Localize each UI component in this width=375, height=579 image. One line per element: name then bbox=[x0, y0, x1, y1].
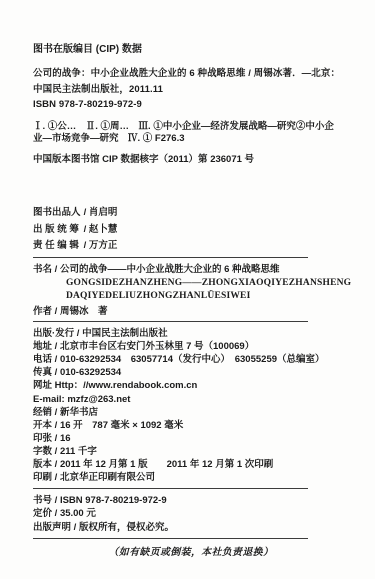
publishing-row-publisher: 出版·发行 / 中国民主法制出版社 bbox=[33, 327, 349, 340]
publishing-row-fax: 传真 / 010-63292534 bbox=[33, 366, 349, 379]
field-label: 地址 bbox=[33, 341, 52, 352]
field-label: 出版声明 bbox=[33, 522, 71, 533]
staff-credits: 图书出品人 / 肖启明 出 版 统 筹 / 赵卜慧 责 任 编 辑 / 万方正 bbox=[33, 205, 349, 255]
label-separator: / bbox=[52, 472, 60, 483]
divider-rule bbox=[33, 257, 308, 258]
field-label: E-mail: bbox=[33, 394, 65, 405]
cip-description: 公司的战争：中小企业战胜大企业的 6 种战略思维 / 周锡冰著．—北京： 中国民… bbox=[33, 66, 349, 113]
field-label: 开本 bbox=[33, 420, 52, 431]
label-separator: / bbox=[52, 508, 60, 519]
field-value: 中国民主法制出版社 bbox=[82, 328, 168, 339]
staff-label: 出 版 统 筹 bbox=[33, 222, 81, 239]
staff-value: 赵卜慧 bbox=[89, 224, 118, 235]
title-label: 书名 bbox=[33, 263, 52, 277]
title-column: 公司的战争——中小企业战胜大企业的 6 种战略思维 GONGSIDEZHANZH… bbox=[60, 263, 351, 303]
book-title-pinyin: DAQIYEDELIUZHONGZHANLÜESIWEI bbox=[60, 290, 351, 303]
field-value: 16 bbox=[60, 433, 71, 444]
author-row: 作者 / 周锡冰 著 bbox=[33, 305, 349, 319]
publishing-row-address: 地址 / 北京市丰台区右安门外玉林里 7 号（100069） bbox=[33, 340, 349, 353]
field-value: 版权所有，侵权必究。 bbox=[79, 522, 174, 533]
staff-value: 肖启明 bbox=[89, 207, 118, 218]
field-value: 010-63292534 bbox=[60, 367, 121, 378]
publishing-row-sheets: 印张 / 16 bbox=[33, 432, 349, 445]
staff-value: 万方正 bbox=[89, 240, 118, 251]
field-value: 新华书店 bbox=[60, 407, 98, 418]
field-label: 定价 bbox=[33, 508, 52, 519]
field-value: mzfz@263.net bbox=[67, 394, 130, 405]
field-label: 电话 bbox=[33, 354, 52, 365]
label-separator: / bbox=[52, 433, 60, 444]
cip-classification-line: 业—市场竞争—研究 Ⅳ. ① F276.3 bbox=[33, 133, 349, 146]
cip-heading: 图书在版编目 (CIP) 数据 bbox=[33, 43, 349, 56]
field-label: 出版·发行 bbox=[33, 328, 74, 339]
publishing-details: 出版·发行 / 中国民主法制出版社 地址 / 北京市丰台区右安门外玉林里 7 号… bbox=[33, 327, 349, 484]
field-value: 35.00 元 bbox=[60, 508, 96, 519]
publishing-row-wordcount: 字数 / 211 千字 bbox=[33, 445, 349, 458]
label-separator: / bbox=[81, 207, 89, 218]
label-separator: / bbox=[52, 367, 60, 378]
label-separator: / bbox=[71, 522, 79, 533]
label-separator: / bbox=[52, 420, 60, 431]
title-block: 书名 / 公司的战争——中小企业战胜大企业的 6 种战略思维 GONGSIDEZ… bbox=[33, 263, 349, 319]
cip-classification: Ⅰ. ①公… Ⅱ. ①周… Ⅲ. ①中小企业—经济发展战略—研究②中小企 业—市… bbox=[33, 121, 349, 147]
field-label: 字数 bbox=[33, 446, 52, 457]
field-value: //www.rendabook.com.cn bbox=[83, 380, 197, 391]
field-value: 2011 年 12 月第 1 版 2011 年 12 月第 1 次印刷 bbox=[60, 459, 273, 470]
publishing-row-format: 开本 / 16 开 787 毫米 × 1092 毫米 bbox=[33, 419, 349, 432]
field-value: 010-63292534 63057714（发行中心） 63055259（总编室… bbox=[60, 354, 325, 365]
cip-classification-line: Ⅰ. ①公… Ⅱ. ①周… Ⅲ. ①中小企业—经济发展战略—研究②中小企 bbox=[33, 121, 349, 134]
author-name: 周锡冰 著 bbox=[60, 306, 108, 317]
staff-row-editor: 责 任 编 辑 / 万方正 bbox=[33, 238, 349, 255]
field-label: 经销 bbox=[33, 407, 52, 418]
cip-description-line: 公司的战争：中小企业战胜大企业的 6 种战略思维 / 周锡冰著．—北京： bbox=[33, 66, 349, 82]
field-value: 北京华正印刷有限公司 bbox=[60, 472, 155, 483]
field-label: 印张 bbox=[33, 433, 52, 444]
label-separator: / bbox=[52, 341, 60, 352]
copyright-page: 图书在版编目 (CIP) 数据 公司的战争：中小企业战胜大企业的 6 种战略思维… bbox=[0, 0, 375, 579]
cip-record-number: 中国版本图书馆 CIP 数据核字（2011）第 236071 号 bbox=[33, 153, 349, 166]
staff-row-producer: 图书出品人 / 肖启明 bbox=[33, 205, 349, 222]
author-label: 作者 bbox=[33, 306, 52, 317]
label-separator: / bbox=[52, 446, 60, 457]
label-separator: / bbox=[52, 459, 60, 470]
label-separator: / bbox=[74, 328, 82, 339]
page-content: 图书在版编目 (CIP) 数据 公司的战争：中小企业战胜大企业的 6 种战略思维… bbox=[0, 43, 375, 559]
label-separator: / bbox=[81, 224, 89, 235]
book-title-row: 书名 / 公司的战争——中小企业战胜大企业的 6 种战略思维 GONGSIDEZ… bbox=[33, 263, 349, 303]
cip-description-line: 中国民主法制出版社，2011.11 bbox=[33, 82, 349, 98]
label-separator: / bbox=[52, 407, 60, 418]
publishing-row-phone: 电话 / 010-63292534 63057714（发行中心） 6305525… bbox=[33, 353, 349, 366]
field-value: 211 千字 bbox=[60, 446, 97, 457]
field-value: 16 开 787 毫米 × 1092 毫米 bbox=[60, 420, 183, 431]
pricing-row-price: 定价 / 35.00 元 bbox=[33, 507, 349, 520]
field-label: 书号 bbox=[33, 495, 52, 506]
divider-rule bbox=[33, 488, 308, 489]
staff-label: 责 任 编 辑 bbox=[33, 238, 81, 255]
book-title-pinyin: GONGSIDEZHANZHENG——ZHONGXIAOQIYEZHANSHEN… bbox=[60, 277, 351, 290]
publishing-row-edition: 版本 / 2011 年 12 月第 1 版 2011 年 12 月第 1 次印刷 bbox=[33, 458, 349, 471]
publishing-row-email: E-mail: mzfz@263.net bbox=[33, 393, 349, 406]
staff-row-coordinator: 出 版 统 筹 / 赵卜慧 bbox=[33, 222, 349, 239]
publishing-row-printer: 印刷 / 北京华正印刷有限公司 bbox=[33, 471, 349, 484]
field-label: 传真 bbox=[33, 367, 52, 378]
publishing-row-distributor: 经销 / 新华书店 bbox=[33, 406, 349, 419]
book-title: 公司的战争——中小企业战胜大企业的 6 种战略思维 bbox=[60, 263, 351, 277]
pricing-details: 书号 / ISBN 978-7-80219-972-9 定价 / 35.00 元… bbox=[33, 494, 349, 534]
field-value: ISBN 978-7-80219-972-9 bbox=[60, 495, 167, 506]
label-separator: / bbox=[52, 263, 60, 277]
label-separator: / bbox=[81, 240, 89, 251]
publishing-row-website: 网址 Http：//www.rendabook.com.cn bbox=[33, 379, 349, 392]
divider-rule bbox=[33, 321, 308, 322]
cip-isbn-line: ISBN 978-7-80219-972-9 bbox=[33, 97, 349, 113]
pricing-row-isbn: 书号 / ISBN 978-7-80219-972-9 bbox=[33, 494, 349, 507]
field-value: 北京市丰台区右安门外玉林里 7 号（100069） bbox=[60, 341, 254, 352]
field-label: 网址 Http： bbox=[33, 380, 83, 391]
replacement-notice: （如有缺页或倒装，本社负责退换） bbox=[33, 546, 349, 559]
pricing-row-copyright: 出版声明 / 版权所有，侵权必究。 bbox=[33, 521, 349, 534]
label-separator: / bbox=[52, 354, 60, 365]
field-label: 版本 bbox=[33, 459, 52, 470]
field-label: 印刷 bbox=[33, 472, 52, 483]
label-separator: / bbox=[52, 306, 60, 317]
divider-rule bbox=[33, 538, 308, 539]
staff-label: 图书出品人 bbox=[33, 205, 81, 222]
label-separator: / bbox=[52, 495, 60, 506]
